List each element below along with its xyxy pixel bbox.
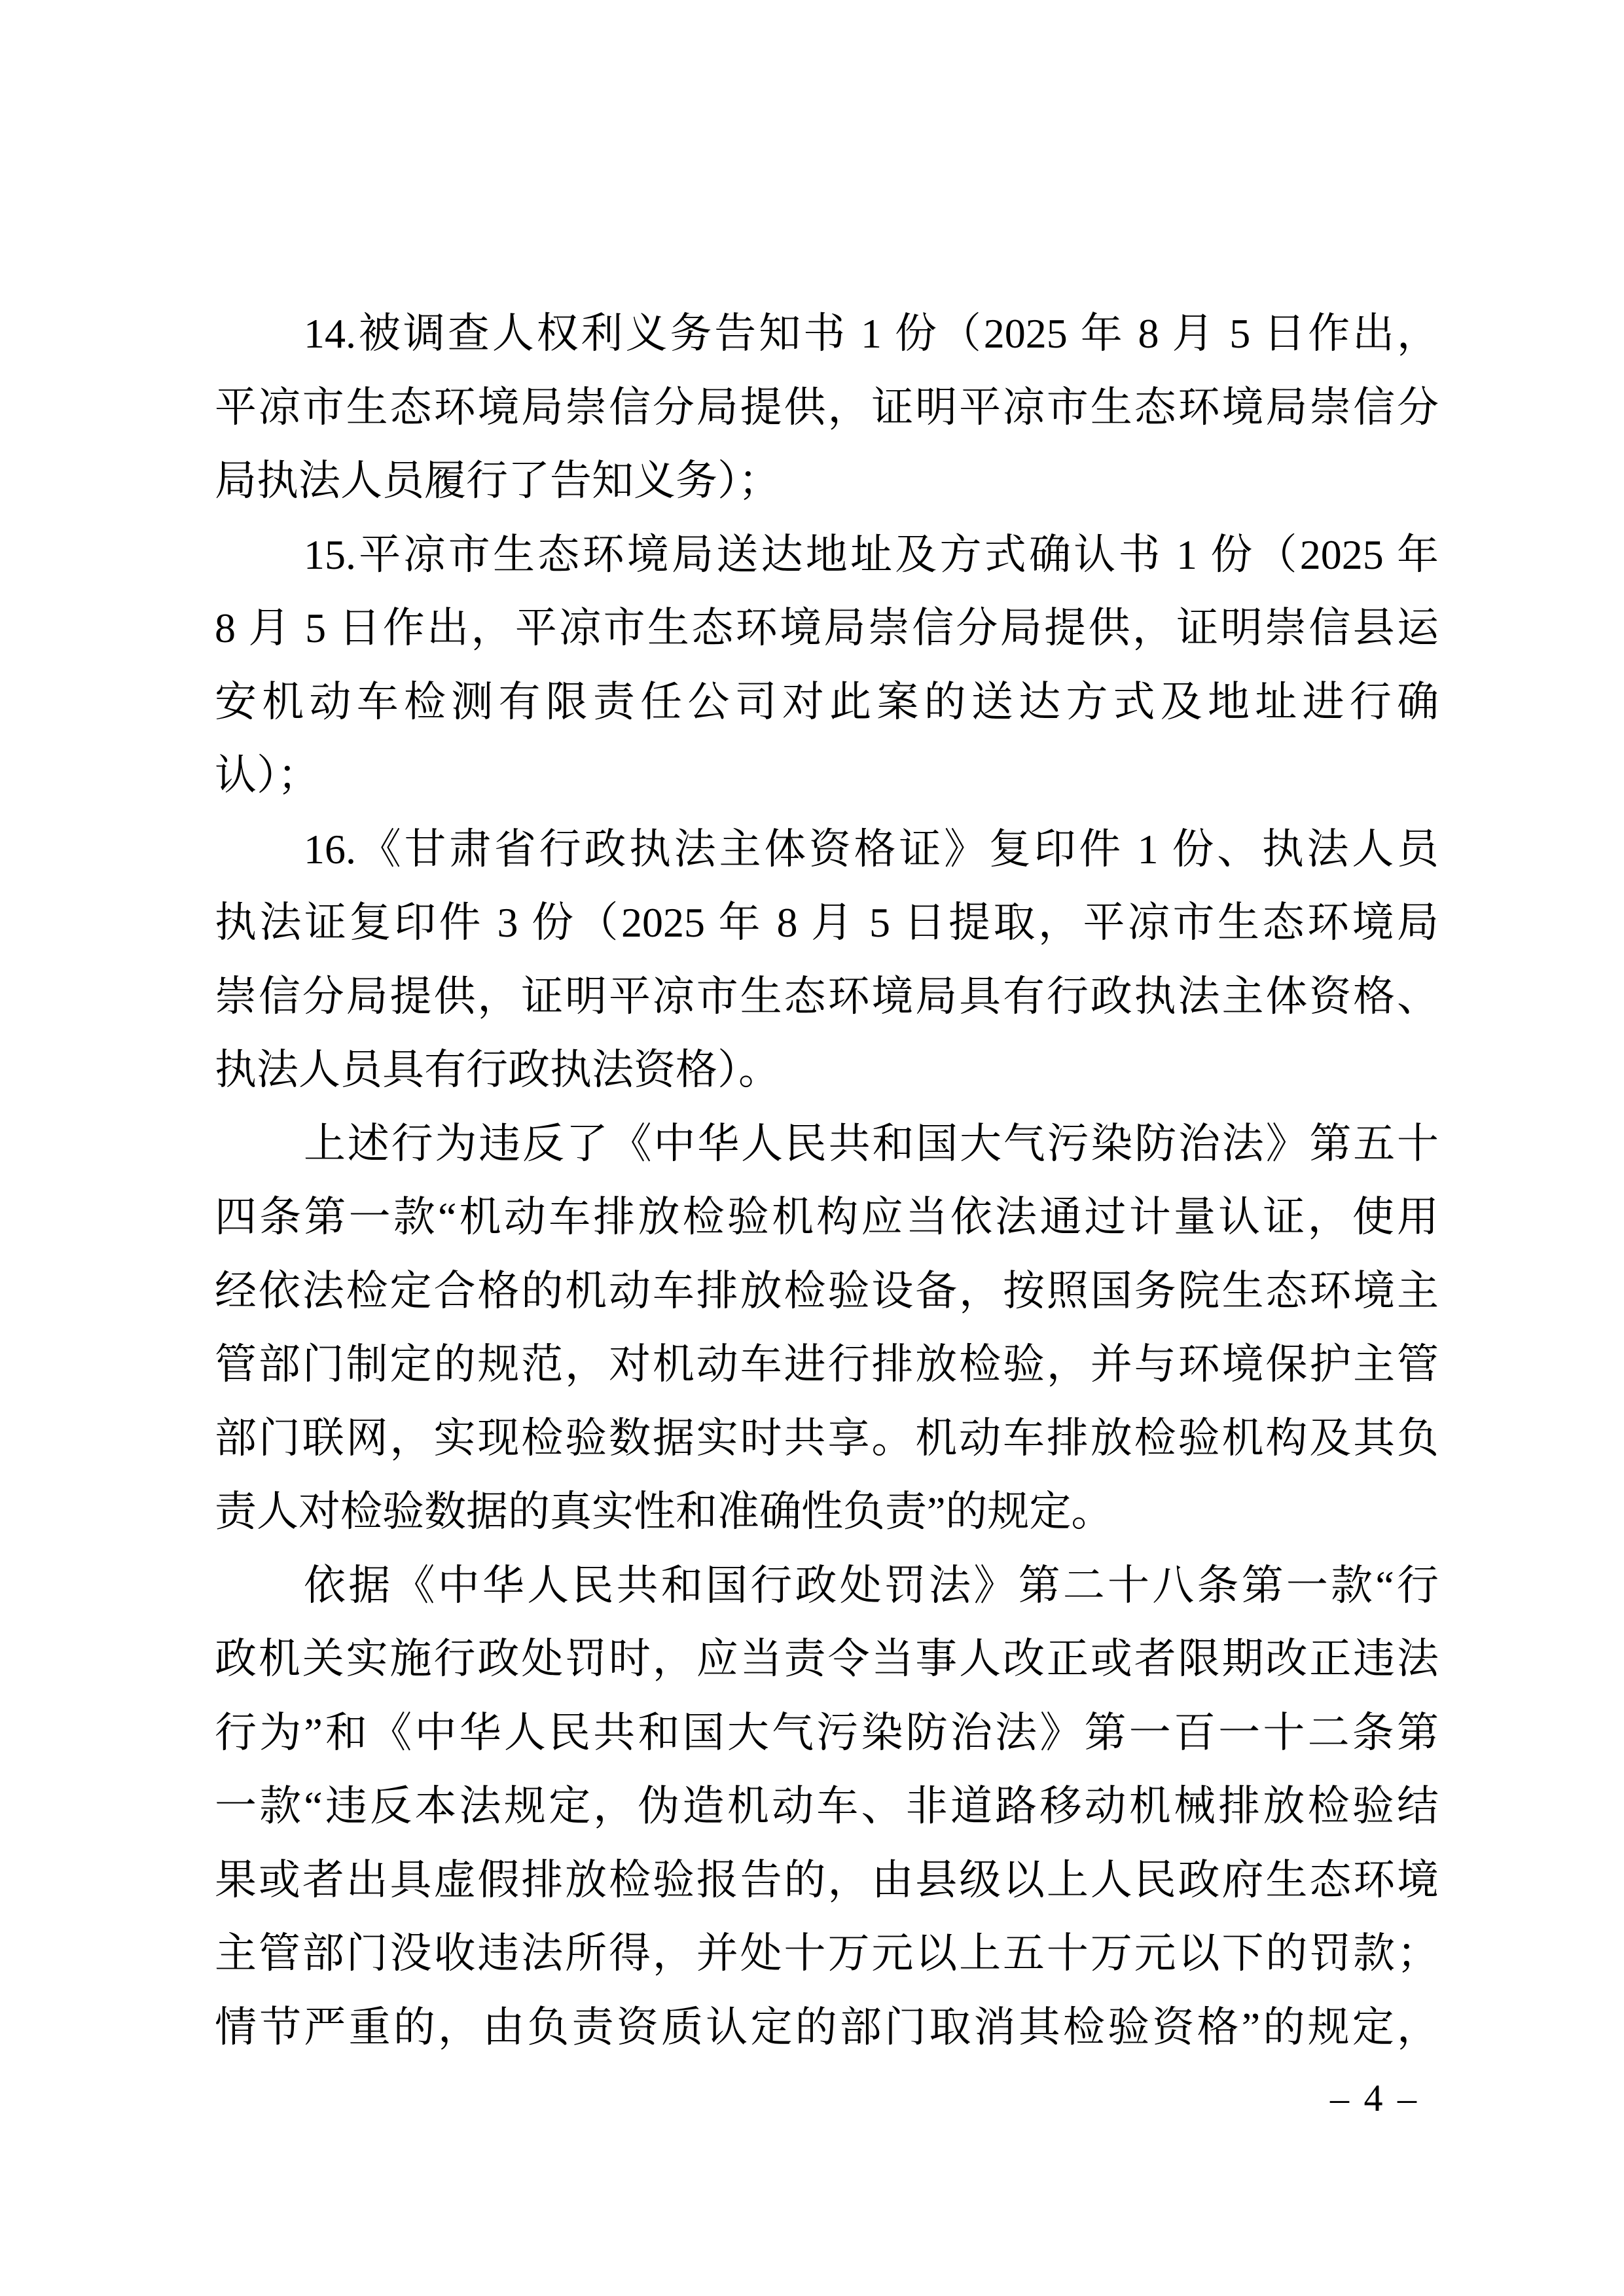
text-line: 认）； — [215, 739, 1439, 813]
text-line: 主管部门没收违法所得，并处十万元以上五十万元以下的罚款； — [215, 1917, 1439, 1991]
paragraph: 14.被调查人权利义务告知书 1 份（2025 年 8 月 5 日作出，平凉市生… — [215, 297, 1439, 518]
text-line: 上述行为违反了《中华人民共和国大气污染防治法》第五十 — [215, 1107, 1439, 1181]
paragraph: 16.《甘肃省行政执法主体资格证》复印件 1 份、执法人员执法证复印件 3 份（… — [215, 813, 1439, 1107]
text-line: 果或者出具虚假排放检验报告的，由县级以上人民政府生态环境 — [215, 1844, 1439, 1918]
document-page: 14.被调查人权利义务告知书 1 份（2025 年 8 月 5 日作出，平凉市生… — [0, 0, 1624, 2296]
page-number: – 4 – — [1299, 2073, 1450, 2123]
text-line: 政机关实施行政处罚时，应当责令当事人改正或者限期改正违法 — [215, 1623, 1439, 1696]
text-line: 部门联网，实现检验数据实时共享。机动车排放检验机构及其负 — [215, 1402, 1439, 1476]
text-line: 8 月 5 日作出，平凉市生态环境局崇信分局提供，证明崇信县运 — [215, 592, 1439, 666]
text-line: 平凉市生态环境局崇信分局提供，证明平凉市生态环境局崇信分 — [215, 371, 1439, 445]
paragraph: 15.平凉市生态环境局送达地址及方式确认书 1 份（2025 年8 月 5 日作… — [215, 518, 1439, 813]
text-line: 行为”和《中华人民共和国大气污染防治法》第一百一十二条第 — [215, 1696, 1439, 1770]
text-line: 16.《甘肃省行政执法主体资格证》复印件 1 份、执法人员 — [215, 813, 1439, 887]
text-line: 四条第一款“机动车排放检验机构应当依法通过计量认证，使用 — [215, 1181, 1439, 1255]
paragraph: 上述行为违反了《中华人民共和国大气污染防治法》第五十四条第一款“机动车排放检验机… — [215, 1107, 1439, 1549]
text-line: 经依法检定合格的机动车排放检验设备，按照国务院生态环境主 — [215, 1255, 1439, 1329]
text-line: 情节严重的，由负责资质认定的部门取消其检验资格”的规定， — [215, 1991, 1439, 2065]
text-line: 安机动车检测有限责任公司对此案的送达方式及地址进行确 — [215, 666, 1439, 740]
text-line: 管部门制定的规范，对机动车进行排放检验，并与环境保护主管 — [215, 1328, 1439, 1402]
text-line: 责人对检验数据的真实性和准确性负责”的规定。 — [215, 1475, 1439, 1549]
text-line: 15.平凉市生态环境局送达地址及方式确认书 1 份（2025 年 — [215, 518, 1439, 592]
paragraph: 依据《中华人民共和国行政处罚法》第二十八条第一款“行政机关实施行政处罚时，应当责… — [215, 1549, 1439, 2065]
document-body: 14.被调查人权利义务告知书 1 份（2025 年 8 月 5 日作出，平凉市生… — [215, 297, 1439, 2064]
text-line: 局执法人员履行了告知义务）； — [215, 444, 1439, 518]
text-line: 一款“违反本法规定，伪造机动车、非道路移动机械排放检验结 — [215, 1770, 1439, 1844]
text-line: 执法人员具有行政执法资格）。 — [215, 1033, 1439, 1107]
text-line: 14.被调查人权利义务告知书 1 份（2025 年 8 月 5 日作出， — [215, 297, 1439, 371]
text-line: 执法证复印件 3 份（2025 年 8 月 5 日提取，平凉市生态环境局 — [215, 886, 1439, 960]
text-line: 依据《中华人民共和国行政处罚法》第二十八条第一款“行 — [215, 1549, 1439, 1623]
text-line: 崇信分局提供，证明平凉市生态环境局具有行政执法主体资格、 — [215, 960, 1439, 1034]
